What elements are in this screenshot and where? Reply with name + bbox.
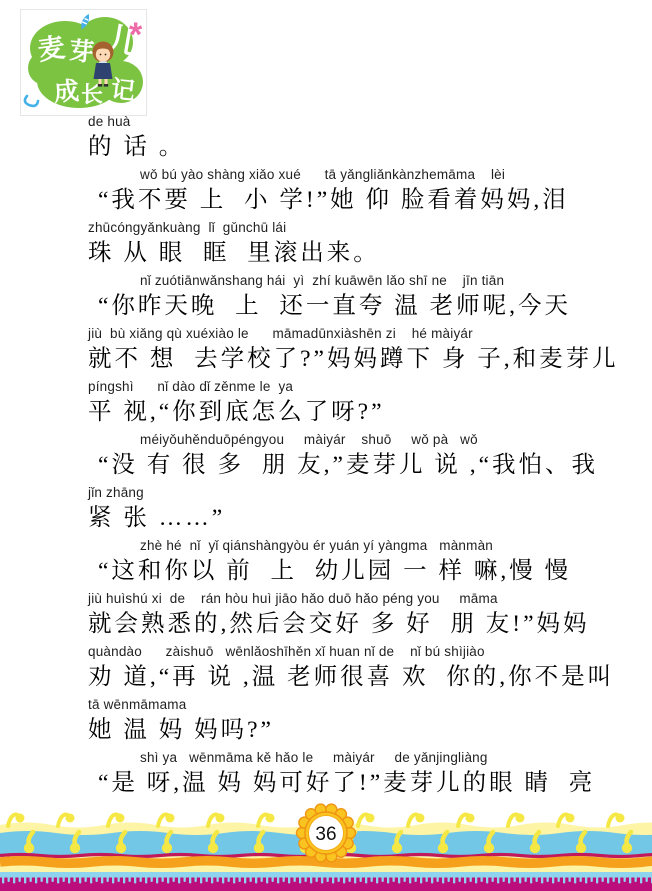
hanzi-line: “我不要 上 小 学!”她 仰 脸看着妈妈,泪 — [88, 184, 572, 216]
pinyin-line: de huà — [88, 112, 572, 131]
text-line-pair: tā wēnmāmama她 温 妈 妈吗?” — [88, 695, 572, 748]
pinyin-line: tā wēnmāmama — [88, 695, 572, 714]
pinyin-line: jiù huìshú xi de rán hòu huì jiāo hǎo du… — [88, 589, 572, 608]
logo-char-ji: 记 — [110, 76, 137, 105]
hanzi-line: 她 温 妈 妈吗?” — [88, 714, 572, 746]
hanzi-line: “这和你以 前 上 幼儿园 一 样 嘛,慢 慢 — [88, 555, 572, 587]
blue-spiral-icon — [25, 96, 38, 106]
text-line-pair: zhè hé nǐ yǐ qiánshàngyòu ér yuán yí yàn… — [88, 536, 572, 589]
hanzi-line: 珠 从 眼 眶 里滚出来。 — [88, 237, 572, 269]
hanzi-line: “没 有 很 多 朋 友,”麦芽儿 说 ,“我怕、我 — [88, 449, 572, 481]
book-series-logo: 麦 芽 儿 成 长 记 * — [20, 9, 147, 116]
logo-char-cheng: 成 — [53, 77, 80, 107]
page-number: 36 — [315, 824, 336, 845]
pinyin-line: shì ya wēnmāma kě hǎo le màiyár de yǎnji… — [88, 748, 572, 767]
pinyin-line: jiù bù xiǎng qù xuéxiào le māmadūnxiàshē… — [88, 324, 572, 343]
text-line-pair: zhūcóngyǎnkuàng lǐ gǔnchū lái珠 从 眼 眶 里滚出… — [88, 218, 572, 271]
text-line-pair: quàndào zàishuō wēnlǎoshīhěn xǐ huan nǐ … — [88, 642, 572, 695]
pinyin-line: zhūcóngyǎnkuàng lǐ gǔnchū lái — [88, 218, 572, 237]
hanzi-line: 就会熟悉的,然后会交好 多 好 朋 友!”妈妈 — [88, 608, 572, 640]
text-line-pair: nǐ zuótiānwǎnshang hái yì zhí kuāwēn lǎo… — [88, 271, 572, 324]
text-line-pair: shì ya wēnmāma kě hǎo le màiyár de yǎnji… — [88, 748, 572, 801]
text-line-pair: jiù bù xiǎng qù xuéxiào le māmadūnxiàshē… — [88, 324, 572, 377]
page-number-badge: 36 — [294, 801, 358, 865]
pinyin-line: nǐ zuótiānwǎnshang hái yì zhí kuāwēn lǎo… — [88, 271, 572, 290]
logo-graphic: 麦 芽 儿 成 长 记 * — [21, 10, 146, 115]
hanzi-line: “你昨天晚 上 还一直夸 温 老师呢,今天 — [88, 290, 572, 322]
pinyin-line: píngshì nǐ dào dǐ zěnme le ya — [88, 377, 572, 396]
pinyin-line: zhè hé nǐ yǐ qiánshàngyòu ér yuán yí yàn… — [88, 536, 572, 555]
asterisk-decoration: * — [129, 16, 143, 54]
text-line-pair: píngshì nǐ dào dǐ zěnme le ya平 视,“你到底怎么了… — [88, 377, 572, 430]
reading-text: de huà的 话 。wǒ bú yào shàng xiǎo xué tā y… — [88, 112, 572, 801]
text-line-pair: wǒ bú yào shàng xiǎo xué tā yǎngliǎnkànz… — [88, 165, 572, 218]
hanzi-line: “是 呀,温 妈 妈可好了!”麦芽儿的眼 睛 亮 — [88, 767, 572, 799]
pinyin-line: wǒ bú yào shàng xiǎo xué tā yǎngliǎnkànz… — [88, 165, 572, 184]
hanzi-line: 平 视,“你到底怎么了呀?” — [88, 396, 572, 428]
text-line-pair: de huà的 话 。 — [88, 112, 572, 165]
logo-char-mai: 麦 — [36, 32, 67, 65]
text-line-pair: méiyǒuhěnduōpéngyou màiyár shuō wǒ pà wǒ… — [88, 430, 572, 483]
hanzi-line: 的 话 。 — [88, 131, 572, 163]
pinyin-line: méiyǒuhěnduōpéngyou màiyár shuō wǒ pà wǒ — [88, 430, 572, 449]
hanzi-line: 劝 道,“再 说 ,温 老师很喜 欢 你的,你不是叫 — [88, 661, 572, 693]
logo-char-ya: 芽 — [68, 36, 95, 67]
text-line-pair: jǐn zhāng紧 张 ……” — [88, 483, 572, 536]
pinyin-line: quàndào zàishuō wēnlǎoshīhěn xǐ huan nǐ … — [88, 642, 572, 661]
hanzi-line: 紧 张 ……” — [88, 502, 572, 534]
hanzi-line: 就不 想 去学校了?”妈妈蹲下 身 子,和麦芽儿 — [88, 343, 572, 375]
text-line-pair: jiù huìshú xi de rán hòu huì jiāo hǎo du… — [88, 589, 572, 642]
pinyin-line: jǐn zhāng — [88, 483, 572, 502]
